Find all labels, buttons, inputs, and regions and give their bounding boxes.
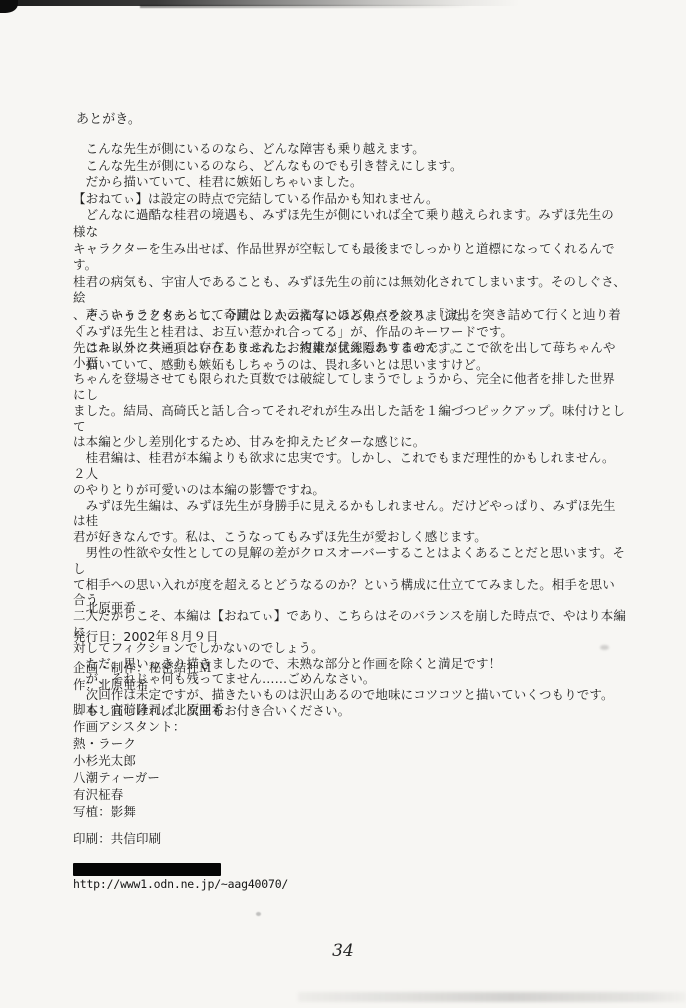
text-line: ました。結局、高碕氏と話し合ってそれぞれが生み出した話を１編づつピックアップ。味… <box>73 403 626 435</box>
text-line: のやりとりが可愛いのは本編の影響ですね。 <box>73 482 626 498</box>
afterword-paragraph-block-2: そういうこともあって、今回は２人の描写にのみ焦点を絞りました。「みずほ先生と桂君… <box>73 308 626 719</box>
text-line: キャラクターを生み出せば、作品世界が空転しても最後までしっかりと道標になってくれ… <box>73 241 626 274</box>
text-line: みずほ先生編は、みずほ先生が身勝手に見えるかもしれません。だけどやっぱり、みずほ… <box>73 498 626 530</box>
redacted-address-bar <box>73 863 221 876</box>
text-line: こんな先生が側にいるのなら、どんなものでも引き替えにします。 <box>73 158 626 175</box>
text-line: だから描いていて、桂君に嫉妬しちゃいました。 <box>73 174 626 191</box>
text-line: て相手への思い入れが度を超えるとどうなるのか？という構成に仕立ててみました。相手… <box>73 577 626 609</box>
author-signature: 北原亜希 <box>73 600 136 616</box>
text-line: 桂君編は、桂君が本編よりも欲求に忠実です。しかし、これでもまだ理性的かもしれませ… <box>73 450 626 482</box>
text-line: こんな先生が側にいるのなら、どんな障害も乗り越えます。 <box>73 141 626 158</box>
printer-credit: 印刷：共信印刷 <box>73 831 161 847</box>
text-line: 君が好きなんです。私は、こうなってもみずほ先生が愛おしく感じます。 <box>73 529 626 545</box>
scan-artifact-top-edge <box>0 0 520 6</box>
text-line: 【おねてぃ】は設定の時点で完結している作品かも知れません。 <box>73 191 626 208</box>
credit-line: 写植：影舞 <box>73 803 473 820</box>
scanned-afterword-page: あとがき。 こんな先生が側にいるのなら、どんな障害も乗り越えます。 こんな先生が… <box>0 0 686 1008</box>
page-number: 34 <box>0 941 686 961</box>
afterword-title: あとがき。 <box>76 111 141 128</box>
credit-line: 企画・制作：秘密結社Ｍ <box>73 659 473 676</box>
text-line: 桂君の病気も、宇宙人であることも、みずほ先生の前には無効化されてしまいます。その… <box>73 274 626 307</box>
website-url: http://www1.odn.ne.jp/~aag40070/ <box>73 877 288 891</box>
scan-artifact-top-edge-secondary <box>140 5 470 8</box>
text-line: 男性の性欲や女性としての見解の差がクロスオーバーすることはよくあることだと思いま… <box>73 545 626 577</box>
scan-artifact-bottom-smudge <box>298 992 686 1002</box>
text-line: どんなに過酷な桂君の境遇も、みずほ先生が側にいれば全て乗り越えられます。みずほ先… <box>73 207 626 240</box>
credit-line: 熱・ラーク <box>73 735 473 752</box>
text-line: そういうこともあって、今回は２人の描写にのみ焦点を絞りました。 <box>73 308 626 324</box>
publication-date: 発行日：2002年８月９日 <box>73 629 219 645</box>
text-line: これ以外に共通項は存在しませんし、複雑な伏線もありません。ここで欲を出して苺ちゃ… <box>73 340 626 372</box>
credit-line: 小杉光太郎 <box>73 752 473 769</box>
credit-line: 脚本：高碕隆司／北原亜希 <box>73 701 473 718</box>
text-line: 「みずほ先生と桂君は、お互い惹かれ合ってる」が、作品のキーワードです。 <box>73 324 626 340</box>
scan-artifact-corner-blob <box>0 0 18 13</box>
credit-line: 有沢柾春 <box>73 786 473 803</box>
credit-line: 作画アシスタント： <box>73 718 473 735</box>
credit-line: 八潮ティーガー <box>73 769 473 786</box>
credit-line: 作：北原亜希 <box>73 676 473 693</box>
scan-artifact-speck <box>256 912 261 916</box>
text-line: ちゃんを登場させても限られた頁数では破綻してしまうでしょうから、完全に他者を排し… <box>73 371 626 403</box>
text-line: は本編と少し差別化するため、甘みを抑えたビターな感じに。 <box>73 434 626 450</box>
production-credits: 企画・制作：秘密結社Ｍ作：北原亜希 <box>73 659 473 693</box>
staff-credits: 脚本：高碕隆司／北原亜希作画アシスタント：熱・ラーク小杉光太郎八潮ティーガー有沢… <box>73 701 473 820</box>
